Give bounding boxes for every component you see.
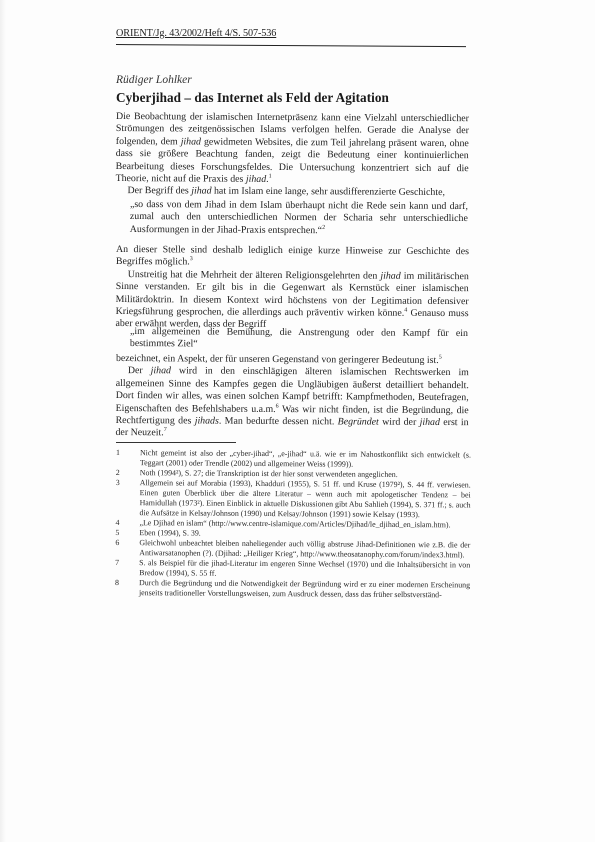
article-title: Cyberjihad – das Internet als Feld der A… <box>116 90 389 106</box>
text-run: Der Begriff des <box>127 186 191 197</box>
document-page: ORIENT/Jg. 43/2002/Heft 4/S. 507-536 Rüd… <box>0 0 595 842</box>
text-run: . Man bedurfte dessen nicht. <box>219 416 338 428</box>
footnote-ref[interactable]: 3 <box>190 257 193 263</box>
footnote-ref[interactable]: 7 <box>164 427 167 433</box>
footnote-ref[interactable]: 5 <box>439 355 442 361</box>
block-quote-1: „so dass von dem Jihad in dem Islam über… <box>130 199 468 238</box>
footnote: 8 Durch die Begründung und die Notwendig… <box>115 578 470 600</box>
text-run: An dieser Stelle sind deshalb lediglich … <box>116 244 469 268</box>
footnote-number: 7 <box>115 558 139 578</box>
footnote-number: 4 <box>115 518 139 528</box>
text-run: hat im Islam eine lange, sehr ausdiffere… <box>212 186 446 198</box>
emphasis: jihad <box>246 174 266 185</box>
paragraph-intro: Die Beobachtung der islamischen Internet… <box>115 111 469 200</box>
emphasis: jihad <box>181 136 201 147</box>
footnote-text: S. als Beispiel für die jihad-Literatur … <box>139 558 470 580</box>
emphasis: jihad <box>420 417 440 428</box>
footnote-text: Gleichwohl unbeachtet bleiben naheliegen… <box>139 538 470 560</box>
footnote-ref[interactable]: 2 <box>322 225 325 231</box>
footnote-number: 1 <box>116 448 140 468</box>
emphasis: jihad <box>191 186 211 197</box>
quote-text: „so dass von dem Jihad in dem Islam über… <box>130 199 468 236</box>
footnote-text: Durch die Begründung und die Notwendigke… <box>139 578 470 600</box>
paragraph-law: bezeichnet, ein Aspekt, der für unseren … <box>115 353 469 442</box>
text-run: Unstreitig hat die Mehrheit der älteren … <box>128 269 381 282</box>
footnote-number: 8 <box>115 578 139 598</box>
emphasis: jihad <box>380 270 400 281</box>
emphasis: jihad <box>151 366 171 377</box>
footnote-text: Nicht gemeint ist also der „cyber-jihad“… <box>140 448 471 470</box>
footnote: 1 Nicht gemeint ist also der „cyber-jiha… <box>116 448 471 470</box>
footnote: 3 Allgemein sei auf Morabia (1993), Khad… <box>116 478 471 520</box>
block-quote-2: „im allgemeinen die Bemühung, die Anstre… <box>130 326 468 353</box>
header-divider <box>116 44 466 47</box>
footnote-number: 3 <box>116 478 140 518</box>
text-run: bezeichnet, ein Aspekt, der für unseren … <box>116 353 439 366</box>
quote-text: „im allgemeinen die Bemühung, die Anstre… <box>130 326 468 350</box>
footnote: 6 Gleichwohl unbeachtet bleiben nahelieg… <box>115 538 470 560</box>
scan-edge-shadow <box>0 0 6 842</box>
footnote-text: Allgemein sei auf Morabia (1993), Khaddu… <box>140 478 471 520</box>
article-author: Rüdiger Lohlker <box>116 74 192 86</box>
footnote-number: 2 <box>116 468 140 478</box>
footnote-divider <box>116 442 236 443</box>
text-run: Der <box>128 365 151 376</box>
journal-reference: ORIENT/Jg. 43/2002/Heft 4/S. 507-536 <box>116 28 276 39</box>
footnote-ref[interactable]: 1 <box>269 174 272 180</box>
text-run: wird der <box>379 417 420 428</box>
footnote: 7 S. als Beispiel für die jihad-Literatu… <box>115 558 470 580</box>
paragraph-history: An dieser Stelle sind deshalb lediglich … <box>115 244 469 333</box>
emphasis: jihads <box>195 416 219 427</box>
footnote-number: 5 <box>115 528 139 538</box>
footnote-number: 6 <box>115 538 139 558</box>
emphasis: Begründet <box>338 416 379 427</box>
footnotes: 1 Nicht gemeint ist also der „cyber-jiha… <box>115 448 471 600</box>
